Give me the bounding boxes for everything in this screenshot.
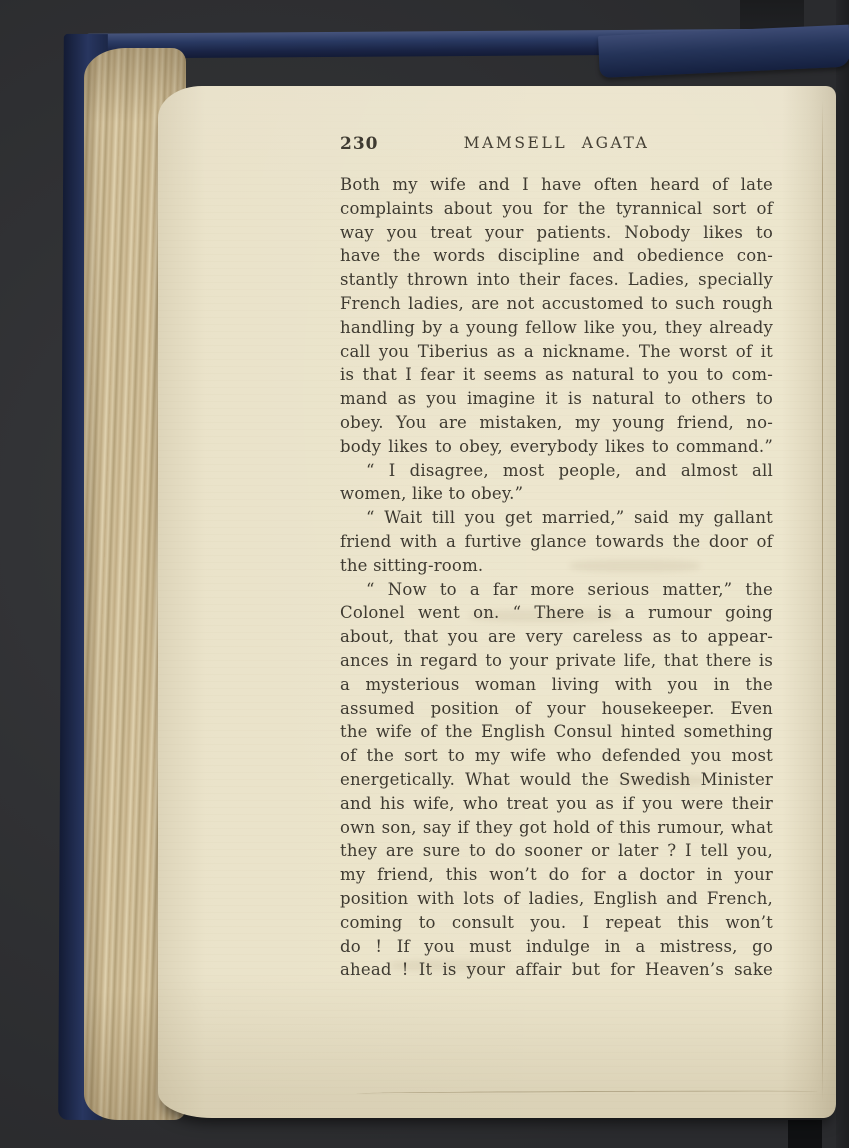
text-line: my friend, this won’t do for a doctor in…: [340, 863, 773, 887]
text-line: they are sure to do sooner or later ? I …: [340, 839, 773, 863]
text-line: position with lots of ladies, English an…: [340, 887, 773, 911]
paragraph: “ I disagree, most people, and almost al…: [340, 459, 773, 507]
text-line: friend with a furtive glance towards the…: [340, 530, 773, 554]
text-line: “ I disagree, most people, and almost al…: [340, 459, 773, 483]
text-line: ances in regard to your private life, th…: [340, 649, 773, 673]
text-line: call you Tiberius as a nickname. The wor…: [340, 340, 773, 364]
text-line: “ Now to a far more serious matter,” the: [340, 578, 773, 602]
running-title: MAMSELL AGATA: [340, 134, 773, 152]
printed-text-block: 230 MAMSELL AGATA Both my wife and I hav…: [340, 134, 773, 982]
text-line: mand as you imagine it is natural to oth…: [340, 387, 773, 411]
background-bottom-tab: [788, 1120, 822, 1148]
text-line: do ! If you must indulge in a mistress, …: [340, 935, 773, 959]
paragraph: “ Now to a far more serious matter,” the…: [340, 578, 773, 983]
text-line: handling by a young fellow like you, the…: [340, 316, 773, 340]
page-right-edge-line: [822, 100, 823, 1102]
text-line: stantly thrown into their faces. Ladies,…: [340, 268, 773, 292]
text-line: own son, say if they got hold of this ru…: [340, 816, 773, 840]
text-line: about, that you are very careless as to …: [340, 625, 773, 649]
text-line: Both my wife and I have often heard of l…: [340, 173, 773, 197]
text-line: a mysterious woman living with you in th…: [340, 673, 773, 697]
text-line: the sitting-room.: [340, 554, 773, 578]
text-line: coming to consult you. I repeat this won…: [340, 911, 773, 935]
paragraph: “ Wait till you get married,” said my ga…: [340, 506, 773, 577]
text-line: the wife of the English Consul hinted so…: [340, 720, 773, 744]
text-line: “ Wait till you get married,” said my ga…: [340, 506, 773, 530]
text-line: women, like to obey.”: [340, 482, 773, 506]
text-line: way you treat your patients. Nobody like…: [340, 221, 773, 245]
page-number: 230: [340, 134, 379, 154]
text-line: body likes to obey, everybody likes to c…: [340, 435, 773, 459]
text-line: assumed position of your housekeeper. Ev…: [340, 697, 773, 721]
text-line: energetically. What would the Swedish Mi…: [340, 768, 773, 792]
photograph-of-book: 230 MAMSELL AGATA Both my wife and I hav…: [0, 0, 849, 1148]
text-line: of the sort to my wife who defended you …: [340, 744, 773, 768]
text-line: ahead ! It is your affair but for Heaven…: [340, 958, 773, 982]
text-line: complaints about you for the tyrannical …: [340, 197, 773, 221]
page-body-text: Both my wife and I have often heard of l…: [340, 173, 773, 982]
paragraph: Both my wife and I have often heard of l…: [340, 173, 773, 459]
text-line: have the words discipline and obedience …: [340, 244, 773, 268]
page-header: 230 MAMSELL AGATA: [340, 134, 773, 158]
text-line: obey. You are mistaken, my young friend,…: [340, 411, 773, 435]
text-line: and his wife, who treat you as if you we…: [340, 792, 773, 816]
text-line: Colonel went on. “ There is a rumour goi…: [340, 601, 773, 625]
background-right-strip: [836, 0, 849, 1148]
text-line: is that I fear it seems as natural to yo…: [340, 363, 773, 387]
text-line: French ladies, are not accustomed to suc…: [340, 292, 773, 316]
